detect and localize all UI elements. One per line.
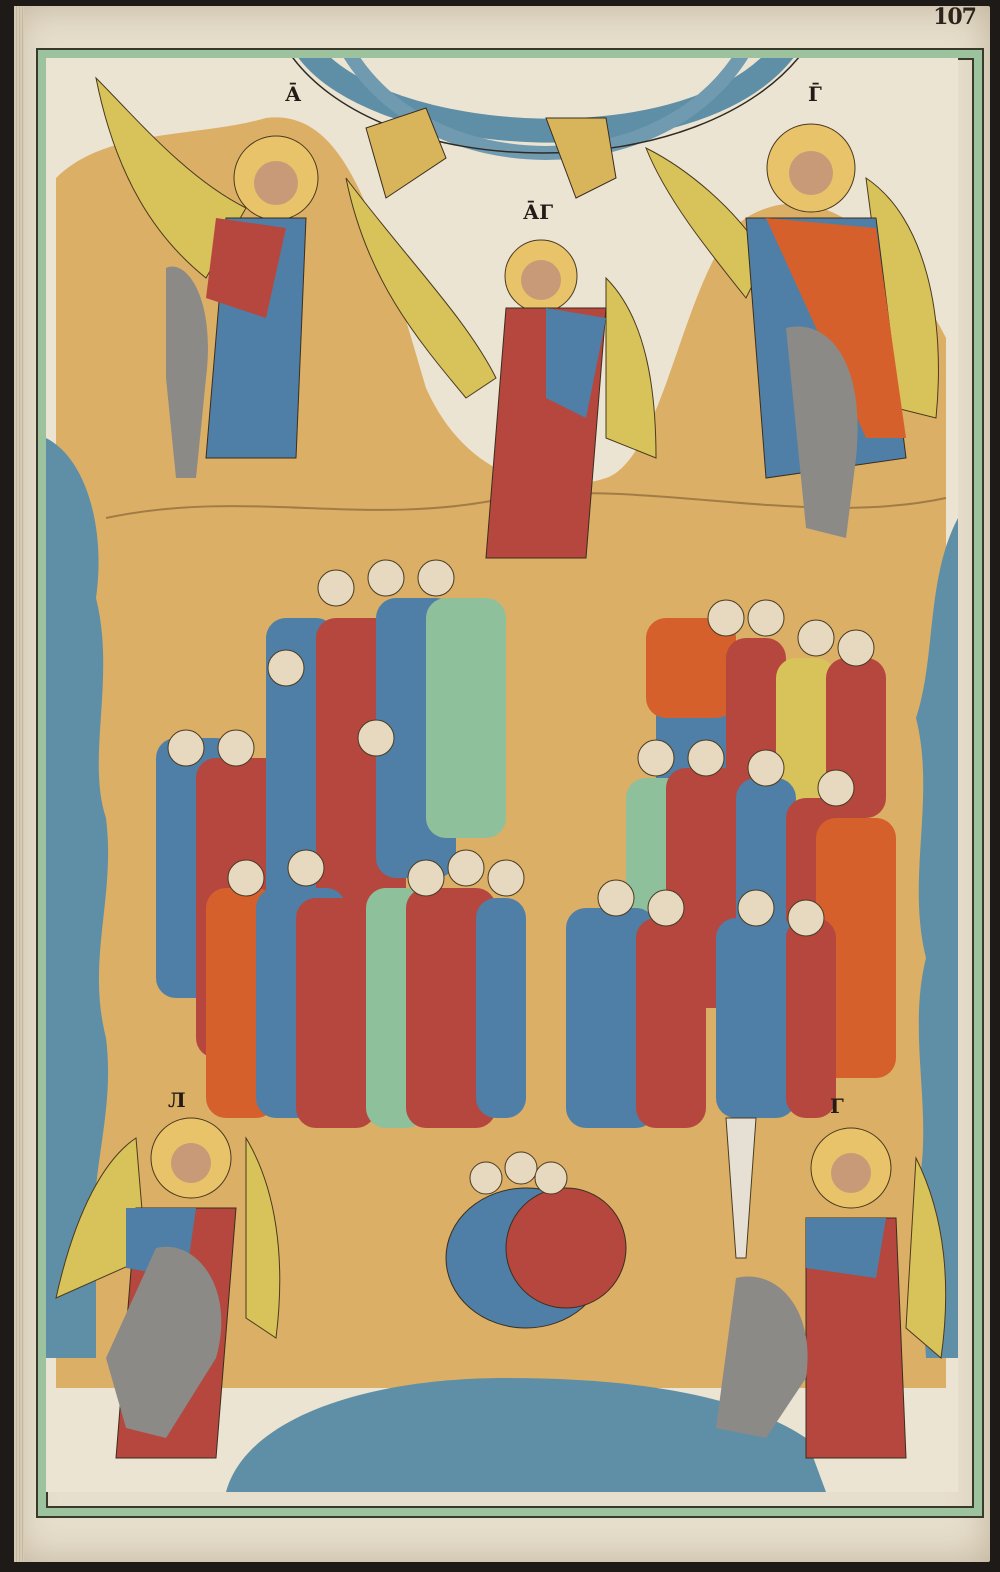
label-top-left-angel: А̄ bbox=[285, 82, 301, 106]
folio-number: 107 bbox=[933, 4, 976, 30]
label-bottom-left-angel: Л bbox=[168, 1088, 186, 1112]
label-top-right-angel: Г̄ bbox=[808, 82, 822, 106]
label-top-center-angel: А̄Г bbox=[523, 200, 553, 224]
label-bottom-right-angel: Г bbox=[830, 1094, 844, 1118]
illumination-scene bbox=[46, 58, 958, 1492]
page-edges bbox=[14, 6, 24, 1562]
